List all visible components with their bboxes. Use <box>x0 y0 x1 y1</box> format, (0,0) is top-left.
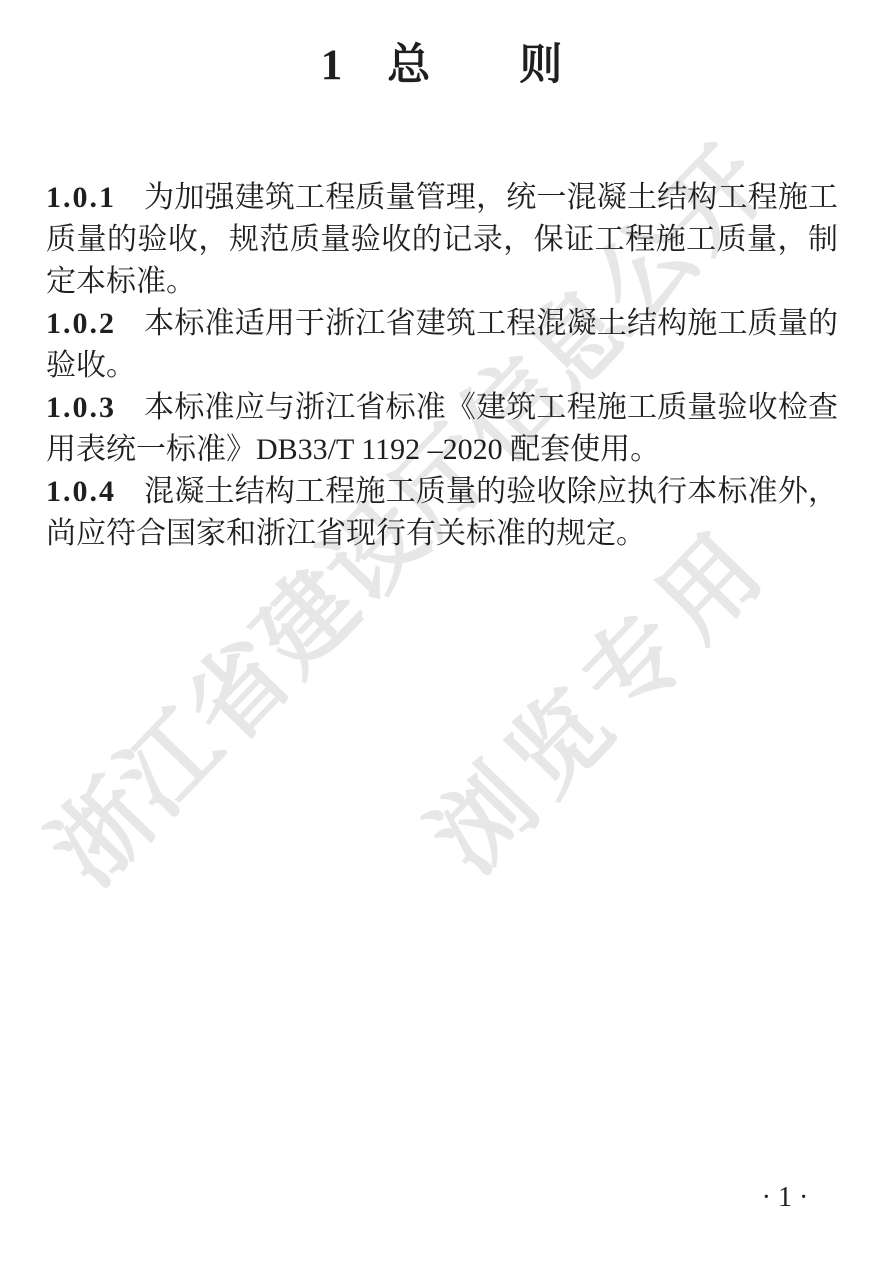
clause-1-0-2: 1.0.2本标准适用于浙江省建筑工程混凝土结构施工质量的验收。 <box>46 303 838 387</box>
clause-text: 本标准适用于浙江省建筑工程混凝土结构施工质量的验收。 <box>46 307 838 382</box>
clause-number: 1.0.4 <box>46 475 116 508</box>
clause-1-0-3: 1.0.3本标准应与浙江省标准《建筑工程施工质量验收检查用表统一标准》DB33/… <box>46 387 838 471</box>
document-page: 浙江省建设厅信息公开 浏览专用 1 总 则 1.0.1为加强建筑工程质量管理，统… <box>0 0 878 1270</box>
clause-text: 本标准应与浙江省标准《建筑工程施工质量验收检查用表统一标准》DB33/T 119… <box>46 391 838 466</box>
clause-1-0-4: 1.0.4混凝土结构工程施工质量的验收除应执行本标准外，尚应符合国家和浙江省现行… <box>46 471 838 555</box>
page-number: · 1 · <box>730 1182 840 1214</box>
clause-text: 混凝土结构工程施工质量的验收除应执行本标准外，尚应符合国家和浙江省现行有关标准的… <box>46 475 838 550</box>
page-content: 1 总 则 1.0.1为加强建筑工程质量管理，统一混凝土结构工程施工质量的验收，… <box>0 0 878 555</box>
clause-number: 1.0.1 <box>46 181 116 214</box>
clause-1-0-1: 1.0.1为加强建筑工程质量管理，统一混凝土结构工程施工质量的验收，规范质量验收… <box>46 177 838 303</box>
clause-number: 1.0.3 <box>46 391 116 424</box>
clause-text: 为加强建筑工程质量管理，统一混凝土结构工程施工质量的验收，规范质量验收的记录，保… <box>46 181 838 298</box>
clause-number: 1.0.2 <box>46 307 116 340</box>
chapter-title: 1 总 则 <box>46 38 838 93</box>
